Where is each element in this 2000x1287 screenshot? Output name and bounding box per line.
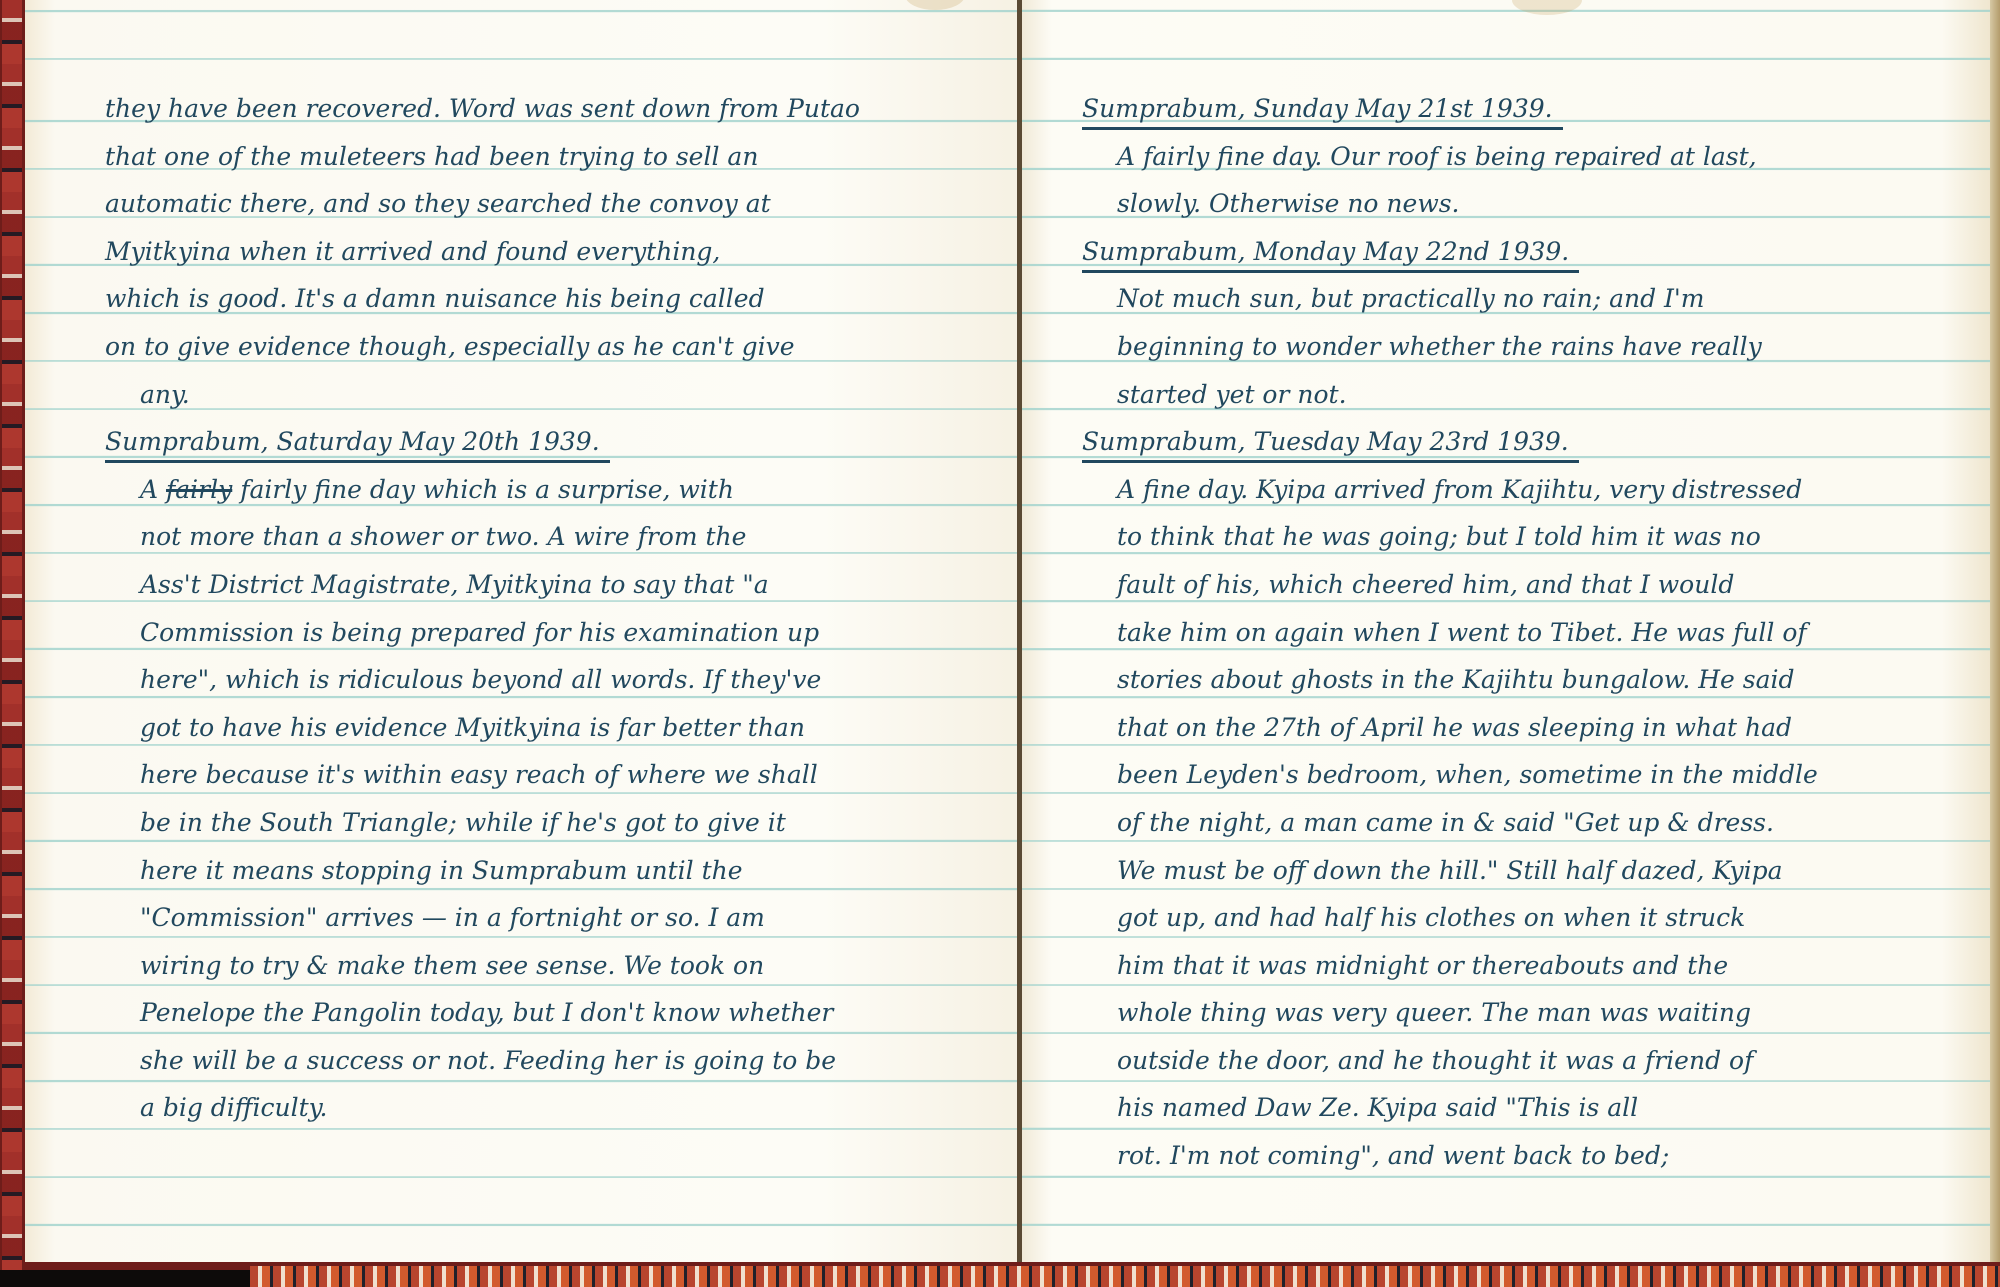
text-line: "Commission" arrives — in a fortnight or…: [105, 894, 995, 942]
struck-word: fairly: [166, 475, 232, 504]
text-line: slowly. Otherwise no news.: [1082, 180, 1972, 228]
text-line: Not much sun, but practically no rain; a…: [1082, 275, 1972, 323]
text-line: automatic there, and so they searched th…: [105, 180, 995, 228]
text-line: on to give evidence though, especially a…: [105, 323, 995, 371]
text-line: fault of his, which cheered him, and tha…: [1082, 561, 1972, 609]
text-line: that one of the muleteers had been tryin…: [105, 133, 995, 181]
text-line: of the night, a man came in & said "Get …: [1082, 799, 1972, 847]
marbled-endpaper-left: [2, 0, 22, 1270]
entry-first-line: A fairly fairly fine day which is a surp…: [105, 466, 995, 514]
marbled-endpaper-bottom: [250, 1266, 2000, 1287]
text-line: Penelope the Pangolin today, but I don't…: [105, 989, 995, 1037]
text-line: We must be off down the hill." Still hal…: [1082, 847, 1972, 895]
text-line: Ass't District Magistrate, Myitkyina to …: [105, 561, 995, 609]
entry-heading: Sumprabum, Tuesday May 23rd 1939.: [1082, 424, 1579, 463]
text-line: rot. I'm not coming", and went back to b…: [1082, 1132, 1972, 1180]
entry-heading-line: Sumprabum, Monday May 22nd 1939.: [1082, 228, 1972, 276]
page-edge-right: [1990, 0, 2000, 1262]
text-line: a big difficulty.: [105, 1084, 995, 1132]
text-line: Myitkyina when it arrived and found ever…: [105, 228, 995, 276]
entry-heading: Sumprabum, Sunday May 21st 1939.: [1082, 91, 1563, 130]
text-line: they have been recovered. Word was sent …: [105, 85, 995, 133]
first-word: A: [140, 475, 158, 504]
text-line: be in the South Triangle; while if he's …: [105, 799, 995, 847]
text-line: wiring to try & make them see sense. We …: [105, 942, 995, 990]
entry-heading-line: Sumprabum, Sunday May 21st 1939.: [1082, 85, 1972, 133]
text-line: whole thing was very queer. The man was …: [1082, 989, 1972, 1037]
text-line: got to have his evidence Myitkyina is fa…: [105, 704, 995, 752]
text-line: beginning to wonder whether the rains ha…: [1082, 323, 1972, 371]
text-line: here because it's within easy reach of w…: [105, 751, 995, 799]
text-line: been Leyden's bedroom, when, sometime in…: [1082, 751, 1972, 799]
text-line: here it means stopping in Sumprabum unti…: [105, 847, 995, 895]
text-line: him that it was midnight or thereabouts …: [1082, 942, 1972, 990]
text-line: started yet or not.: [1082, 371, 1972, 419]
first-line-rest: fairly fine day which is a surprise, wit…: [240, 475, 734, 504]
text-line: any.: [105, 371, 995, 419]
entry-heading-line: Sumprabum, Saturday May 20th 1939.: [105, 418, 995, 466]
text-line: here", which is ridiculous beyond all wo…: [105, 656, 995, 704]
entry-heading-line: Sumprabum, Tuesday May 23rd 1939.: [1082, 418, 1972, 466]
text-line: his named Daw Ze. Kyipa said "This is al…: [1082, 1084, 1972, 1132]
entry-heading: Sumprabum, Saturday May 20th 1939.: [105, 424, 610, 463]
text-line: A fairly fine day. Our roof is being rep…: [1082, 133, 1972, 181]
right-page: Sumprabum, Sunday May 21st 1939. A fairl…: [1022, 0, 1990, 1262]
right-page-text: Sumprabum, Sunday May 21st 1939. A fairl…: [1082, 85, 1972, 1180]
text-line: to think that he was going; but I told h…: [1082, 513, 1972, 561]
text-line: not more than a shower or two. A wire fr…: [105, 513, 995, 561]
text-line: outside the door, and he thought it was …: [1082, 1037, 1972, 1085]
left-page: they have been recovered. Word was sent …: [25, 0, 1022, 1262]
text-line: got up, and had half his clothes on when…: [1082, 894, 1972, 942]
text-line: Commission is being prepared for his exa…: [105, 609, 995, 657]
left-page-text: they have been recovered. Word was sent …: [105, 85, 995, 1132]
text-line: A fine day. Kyipa arrived from Kajihtu, …: [1082, 466, 1972, 514]
text-line: stories about ghosts in the Kajihtu bung…: [1082, 656, 1972, 704]
text-line: that on the 27th of April he was sleepin…: [1082, 704, 1972, 752]
text-line: which is good. It's a damn nuisance his …: [105, 275, 995, 323]
text-line: take him on again when I went to Tibet. …: [1082, 609, 1972, 657]
text-line: she will be a success or not. Feeding he…: [105, 1037, 995, 1085]
entry-heading: Sumprabum, Monday May 22nd 1939.: [1082, 234, 1579, 273]
